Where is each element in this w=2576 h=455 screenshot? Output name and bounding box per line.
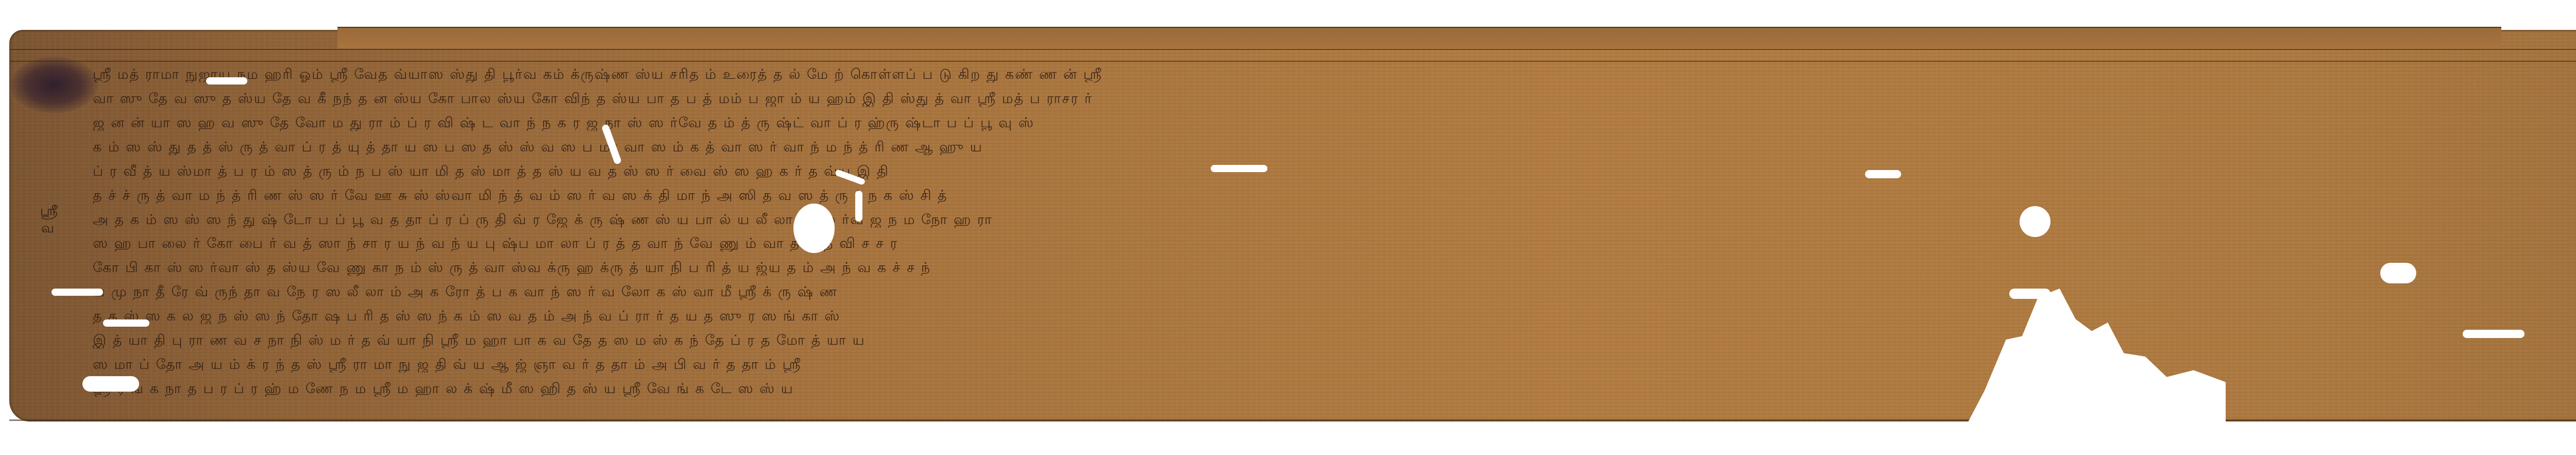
worm-hole (82, 376, 139, 392)
script-line: அ த க ம் ஸ ஸ் ஸ ந் து ஷ் டோ ப ப் பூ வ த … (93, 212, 2576, 228)
script-line: ஸ்ரீ மத் ராமா நுஜாய நம ஹரி ஓம் ஸ்ரீ வேத … (93, 67, 2576, 82)
margin-note: வ (41, 221, 54, 238)
ruling-line (10, 61, 2576, 62)
binding-hole (793, 204, 835, 253)
worm-hole (52, 289, 103, 296)
script-line: ஜ ன ன் யா ஸ ஹ வ ஸு தே வோ ம து ரா ம் ப் ர… (93, 115, 2576, 131)
script-line: வா ஸு தே வ ஸு த ஸ்ய தே வ கீ நந் த ன ஸ்ய … (93, 91, 2576, 107)
script-line: ஸ ஹ பா லை ர் கோ பை ர் வ த் ஸா ந் சா ர ய … (93, 236, 2576, 251)
script-line: இ த் யா தி பு ரா ண வ ச நா நி ஸ் ம ர் த வ… (93, 333, 2576, 348)
script-line: கோ பி கா ஸ் ஸ ர்வா ஸ் த ஸ்ய வே ணு கா ந ம… (93, 260, 2576, 276)
worm-hole (2463, 330, 2524, 338)
worm-hole (206, 77, 247, 85)
script-line: க ம் ஸ ஸ் து த த் ஸ் ரு த் வா ப் ர த் யு… (93, 140, 2576, 155)
manuscript-text-block: ஸ்ரீ மத் ராமா நுஜாய நம ஹரி ஓம் ஸ்ரீ வேத … (93, 67, 2576, 397)
worm-hole (855, 191, 862, 222)
margin-note: ஸ்ரீ (40, 204, 58, 221)
leaf-top-strip (337, 27, 2501, 48)
script-line: த ச் ச் ரு த் வா ம ந் த் ரி ண ஸ் ஸ ர் வே… (93, 188, 2576, 204)
script-line: த த ஸ் ஸ க ல ஜ ந ஸ் ஸ ந் தோ ஷ ப ரி த ஸ் … (93, 309, 2576, 324)
worm-hole (1211, 165, 1267, 172)
script-line: ப் ர வீ த் ய ஸ்மா த் ப ர ம் ஸ த் ரு ம் ந… (93, 164, 2576, 179)
worm-hole (1865, 170, 1901, 178)
script-line: ய மு நா தீ ரே வ் ருந் தா வ நே ர ஸ லீ லா … (93, 284, 2576, 300)
script-line: ஸ மா ப் தோ அ ய ம் க் ர ந் த ஸ் ஸ்ரீ ரா ம… (93, 357, 2576, 373)
binding-hole (2020, 206, 2050, 237)
worm-hole (2380, 263, 2416, 283)
ruling-line (10, 49, 2576, 50)
ink-stain (10, 57, 98, 113)
worm-hole (103, 319, 149, 327)
